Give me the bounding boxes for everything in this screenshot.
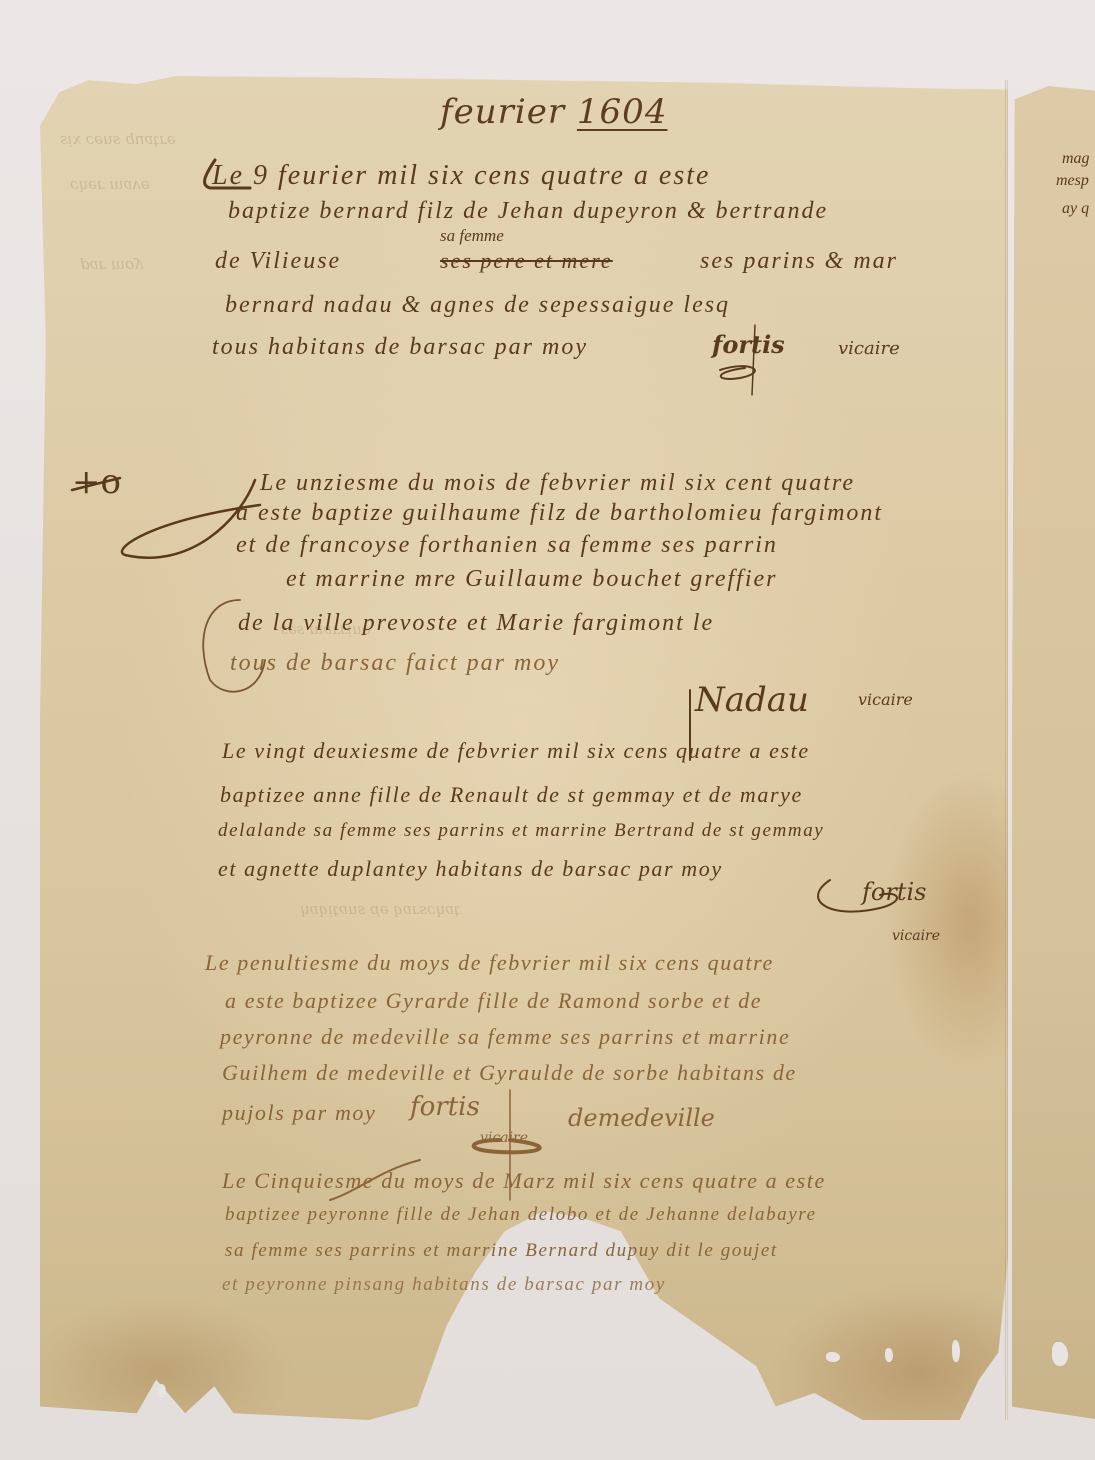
adjacent-page-text: ay q — [1062, 200, 1089, 218]
adjacent-page — [1012, 86, 1095, 1420]
interlinear-insertion: sa femme — [440, 226, 504, 246]
entry-line: Le vingt deuxiesme de febvrier mil six c… — [222, 738, 810, 764]
signature-vicaire: vicaire — [838, 338, 900, 359]
entry-line: Le 9 feurier mil six cens quatre a este — [212, 160, 710, 192]
entry-line: baptize bernard filz de Jehan dupeyron &… — [228, 198, 828, 225]
signature-fortis: fortis — [712, 330, 785, 359]
entry-line: bernard nadau & agnes de sepessaigue les… — [225, 292, 730, 319]
paper-hole — [1052, 1342, 1068, 1366]
entry-line: et marrine mre Guillaume bouchet greffie… — [286, 566, 777, 593]
struck-text: ses pere et mere — [440, 248, 613, 274]
paper-hole — [158, 1384, 166, 1398]
adjacent-page-text: mesp — [1056, 172, 1089, 190]
page-fold — [1005, 80, 1008, 1420]
entry-line: Le unziesme du mois de febvrier mil six … — [260, 470, 855, 497]
signature-nadau: Nadau — [695, 680, 809, 720]
entry-line: Guilhem de medeville et Gyraulde de sorb… — [222, 1060, 797, 1086]
heading-month: feurier — [440, 92, 565, 132]
entry-line: et agnette duplantey habitans de barsac … — [218, 856, 723, 882]
entry-line: pujols par moy — [222, 1100, 376, 1126]
bleed-through-text: ǝʌɐɯ ɹǝɥɔ — [70, 175, 150, 193]
entry-line: Le penultiesme du moys de febvrier mil s… — [205, 950, 774, 976]
entry-line: de la ville prevoste et Marie fargimont … — [238, 610, 714, 637]
entry-line: a este baptize guilhaume filz de barthol… — [236, 500, 883, 527]
signature-demedeville: demedeville — [568, 1104, 715, 1132]
adjacent-page-text: mag — [1062, 150, 1090, 168]
paper-hole — [826, 1352, 840, 1362]
bleed-through-text: ǝɹʇɐnb suǝɔ xᴉs — [60, 130, 176, 148]
entry-line: et de francoyse forthanien sa femme ses … — [236, 532, 778, 559]
heading-year: 1604 — [577, 92, 668, 132]
entry-line: de Vilieuse — [215, 248, 341, 275]
entry-line: tous de barsac faict par moy — [230, 650, 560, 677]
entry-line: baptizee anne fille de Renault de st gem… — [220, 782, 803, 808]
paper-hole — [952, 1340, 960, 1362]
margin-cross-mark: +o — [72, 462, 121, 502]
entry-line: tous habitans de barsac par moy — [212, 334, 588, 361]
signature-vicaire: vicaire — [858, 690, 913, 709]
entry-line: baptizee peyronne fille de Jehan delobo … — [225, 1204, 817, 1226]
signature-vicaire: vicaire — [892, 928, 940, 944]
entry-line: a este baptizee Gyrarde fille de Ramond … — [225, 988, 762, 1014]
paper-hole — [885, 1348, 893, 1362]
page-heading: feurier 1604 — [440, 92, 667, 132]
bleed-through-text: ʎoɯ ɹɐd — [80, 255, 143, 273]
signature-vicaire: vicaire — [480, 1130, 528, 1146]
entry-line: peyronne de medeville sa femme ses parri… — [220, 1024, 790, 1050]
signature-fortis: fortis — [862, 878, 926, 906]
bleed-through-text: ʇɐɥɔsɹɐq ǝp suɐʇᴉqɐɥ — [300, 900, 460, 918]
signature-fortis: fortis — [410, 1092, 480, 1122]
entry-line: sa femme ses parrins et marrine Bernard … — [225, 1240, 778, 1262]
entry-line: ses parins & mar — [700, 248, 898, 275]
entry-line: delalande sa femme ses parrins et marrin… — [218, 820, 824, 842]
entry-line: et peyronne pinsang habitans de barsac p… — [222, 1274, 666, 1296]
entry-line: Le Cinquiesme du moys de Marz mil six ce… — [222, 1168, 826, 1194]
